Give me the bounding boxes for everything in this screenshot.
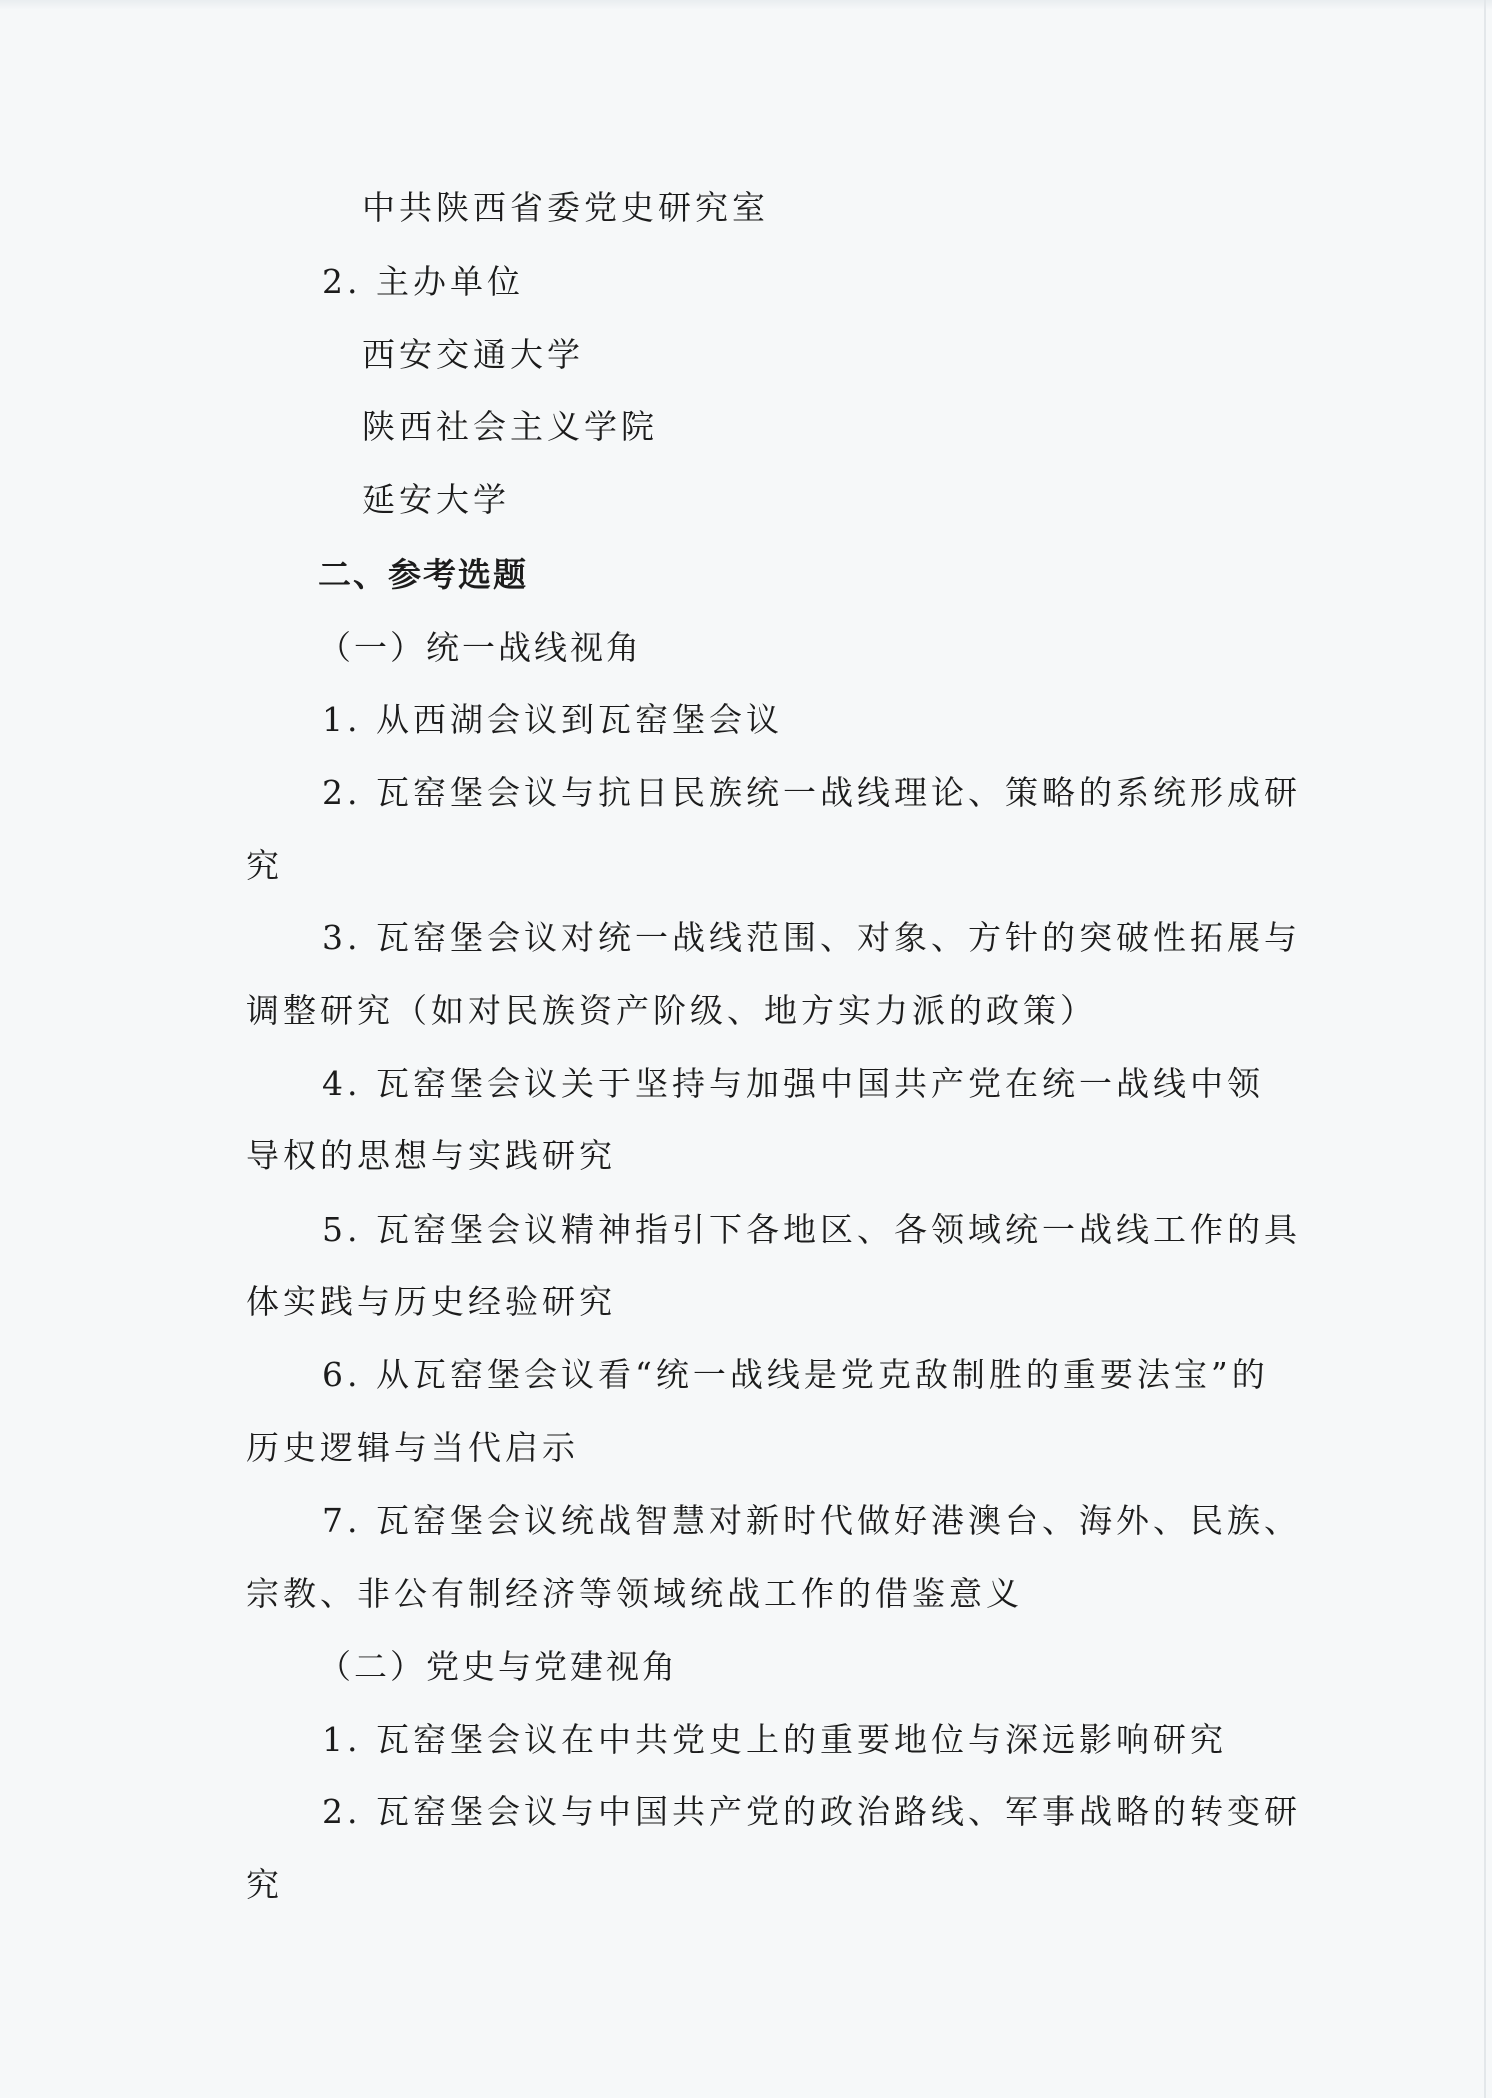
host-item: 西安交通大学 xyxy=(362,335,584,375)
subsection-heading: （一）统一战线视角 xyxy=(318,628,642,668)
topic-item-continuation: 历史逻辑与当代启示 xyxy=(246,1428,579,1468)
topic-item-continuation: 宗教、非公有制经济等领域统战工作的借鉴意义 xyxy=(246,1574,1023,1614)
topic-item-line: 2. 瓦窑堡会议与中国共产党的政治路线、军事战略的转变研 xyxy=(322,1792,1301,1832)
host-item: 陕西社会主义学院 xyxy=(362,407,658,447)
topic-item-line: 5. 瓦窑堡会议精神指引下各地区、各领域统一战线工作的具 xyxy=(322,1210,1301,1250)
topic-item-continuation: 调整研究（如对民族资产阶级、地方实力派的政策） xyxy=(246,991,1097,1031)
topic-item-line: 1. 瓦窑堡会议在中共党史上的重要地位与深远影响研究 xyxy=(322,1720,1227,1760)
topic-item-line: 7. 瓦窑堡会议统战智慧对新时代做好港澳台、海外、民族、 xyxy=(322,1501,1301,1541)
topic-item-line: 4. 瓦窑堡会议关于坚持与加强中国共产党在统一战线中领 xyxy=(322,1064,1264,1104)
topic-item-continuation: 究 xyxy=(246,846,283,886)
topic-item-line: 1. 从西湖会议到瓦窑堡会议 xyxy=(322,700,783,740)
topic-item-line: 2. 瓦窑堡会议与抗日民族统一战线理论、策略的系统形成研 xyxy=(322,773,1301,813)
org-continued: 中共陕西省委党史研究室 xyxy=(362,188,769,228)
host-label: 2. 主办单位 xyxy=(322,262,524,302)
host-item: 延安大学 xyxy=(362,480,510,520)
topic-item-continuation: 导权的思想与实践研究 xyxy=(246,1136,616,1176)
topic-item-line: 3. 瓦窑堡会议对统一战线范围、对象、方针的突破性拓展与 xyxy=(322,918,1301,958)
section-heading: 二、参考选题 xyxy=(318,555,528,595)
subsection-heading: （二）党史与党建视角 xyxy=(318,1647,678,1687)
topic-item-line: 6. 从瓦窑堡会议看“统一战线是党克敌制胜的重要法宝”的 xyxy=(322,1355,1269,1395)
document-page: 中共陕西省委党史研究室 2. 主办单位 西安交通大学 陕西社会主义学院 延安大学… xyxy=(0,0,1492,2098)
topic-item-continuation: 究 xyxy=(246,1865,283,1905)
topic-item-continuation: 体实践与历史经验研究 xyxy=(246,1282,616,1322)
